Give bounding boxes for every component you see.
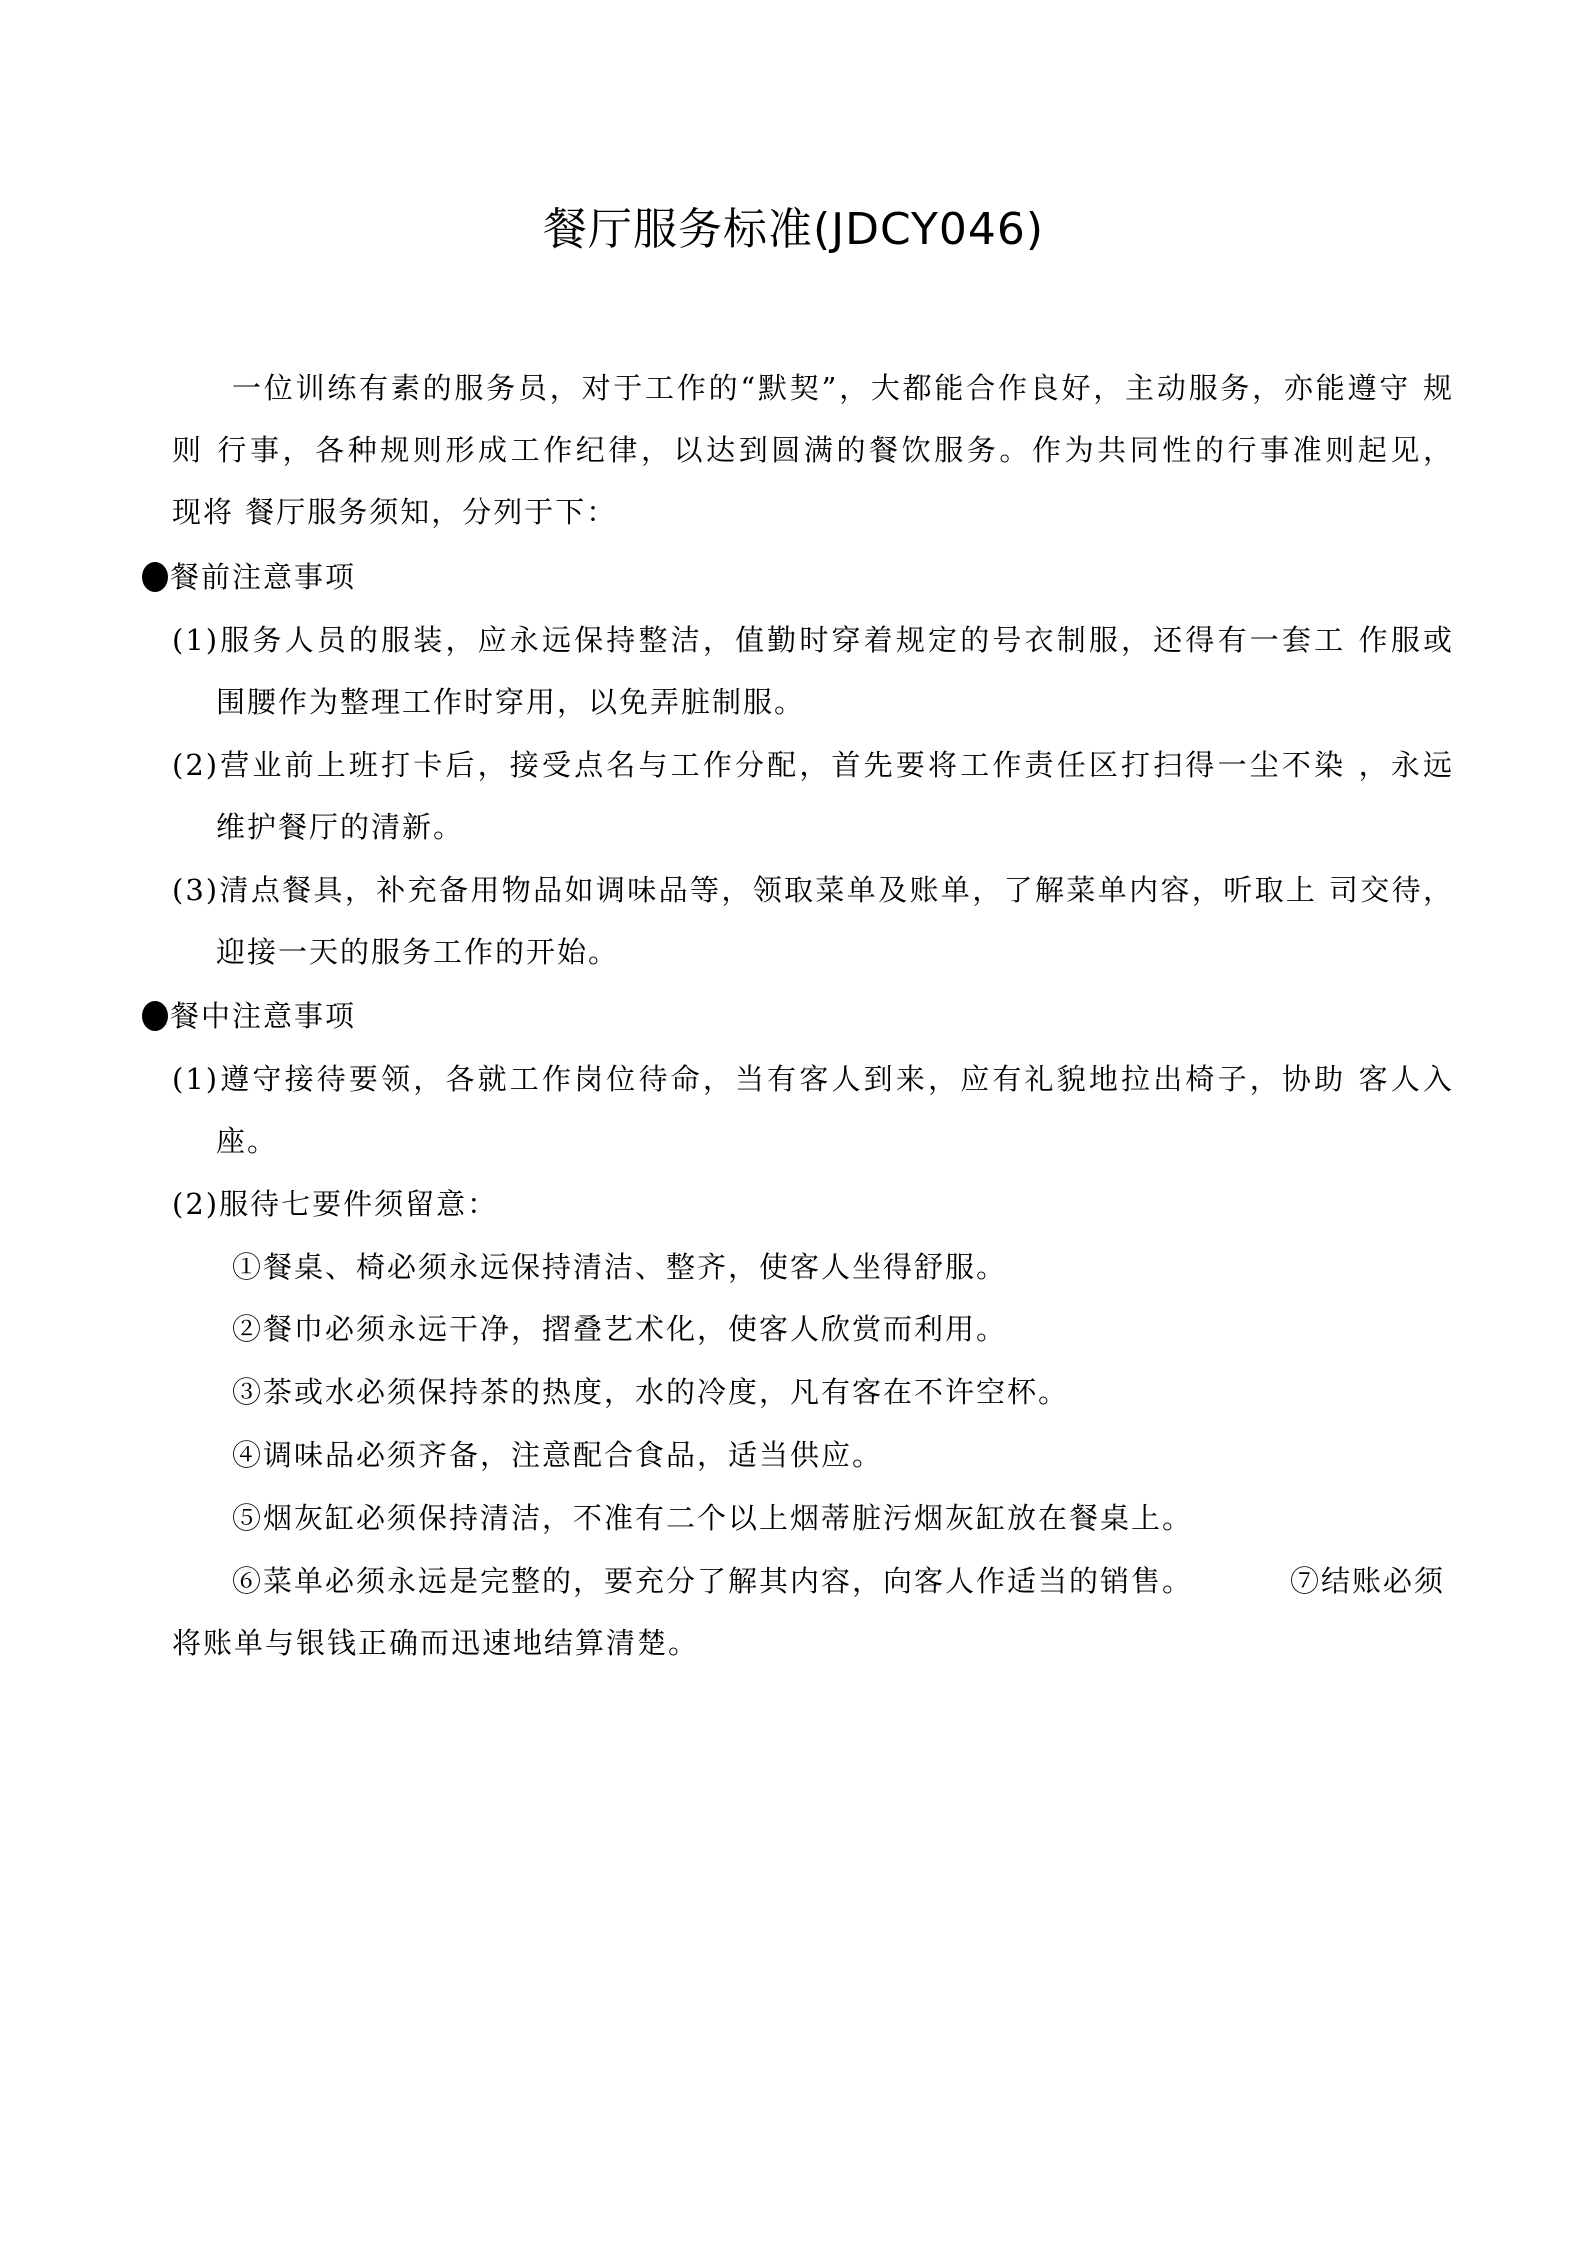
sub-item-6: ⑥菜单必须永远是完整的，要充分了解其内容，向客人作适当的销售。 — [232, 1561, 1193, 1601]
sub-item-5: ⑤烟灰缸必须保持清洁，不准有二个以上烟蒂脏污烟灰缸放在餐桌上。 — [232, 1498, 1193, 1538]
sub-item-3: ③茶或水必须保持茶的热度，水的冷度，凡有客在不许空杯。 — [232, 1372, 1069, 1412]
document-page: 餐厅服务标准(JDCY046) 一位训练有素的服务员，对于工作的“默契”，大都能… — [0, 0, 1587, 2245]
sub-item-1: ①餐桌、椅必须永远保持清洁、整齐，使客人坐得舒服。 — [232, 1247, 1007, 1287]
sub-item-7-continued: 将账单与银钱正确而迅速地结算清楚。 — [172, 1623, 699, 1663]
sub-item-2: ②餐巾必须永远干净，摺叠艺术化，使客人欣赏而利用。 — [232, 1309, 1007, 1349]
during-meal-item-1-line-2: 座。 — [216, 1121, 278, 1161]
pre-meal-item-3-line-2: 迎接一天的服务工作的开始。 — [216, 932, 619, 972]
section-heading-pre-meal: 餐前注意事项 — [142, 557, 356, 597]
during-meal-item-1-line-1: (1)遵守接待要领，各就工作岗位待命，当有客人到来，应有礼貌地拉出椅子，协助 客… — [172, 1059, 1454, 1099]
sub-item-4: ④调味品必须齐备，注意配合食品，适当供应。 — [232, 1435, 883, 1475]
intro-line-3: 现将 餐厅服务须知，分列于下： — [172, 492, 617, 532]
document-title: 餐厅服务标准(JDCY046) — [0, 200, 1587, 260]
black-circle-bullet-icon — [142, 1001, 168, 1031]
pre-meal-item-3-line-1: (3)清点餐具，补充备用物品如调味品等，领取菜单及账单，了解菜单内容，听取上 司… — [172, 870, 1454, 910]
section-heading-text: 餐中注意事项 — [170, 999, 356, 1033]
sub-item-7-start: ⑦结账必须 — [1290, 1561, 1445, 1601]
intro-line-1: 一位训练有素的服务员，对于工作的“默契”，大都能合作良好，主动服务，亦能遵守 规 — [232, 368, 1454, 408]
section-heading-text: 餐前注意事项 — [170, 560, 356, 594]
during-meal-item-2: (2)服待七要件须留意： — [172, 1184, 498, 1224]
pre-meal-item-2-line-2: 维护餐厅的清新。 — [216, 807, 464, 847]
black-circle-bullet-icon — [142, 562, 168, 592]
section-heading-during-meal: 餐中注意事项 — [142, 996, 356, 1036]
pre-meal-item-1-line-2: 围腰作为整理工作时穿用，以免弄脏制服。 — [216, 682, 805, 722]
pre-meal-item-1-line-1: (1)服务人员的服装，应永远保持整洁，值勤时穿着规定的号衣制服，还得有一套工 作… — [172, 620, 1454, 660]
intro-line-2: 则 行事，各种规则形成工作纪律，以达到圆满的餐饮服务。作为共同性的行事准则起见， — [172, 430, 1454, 470]
pre-meal-item-2-line-1: (2)营业前上班打卡后，接受点名与工作分配，首先要将工作责任区打扫得一尘不染 ，… — [172, 745, 1454, 785]
